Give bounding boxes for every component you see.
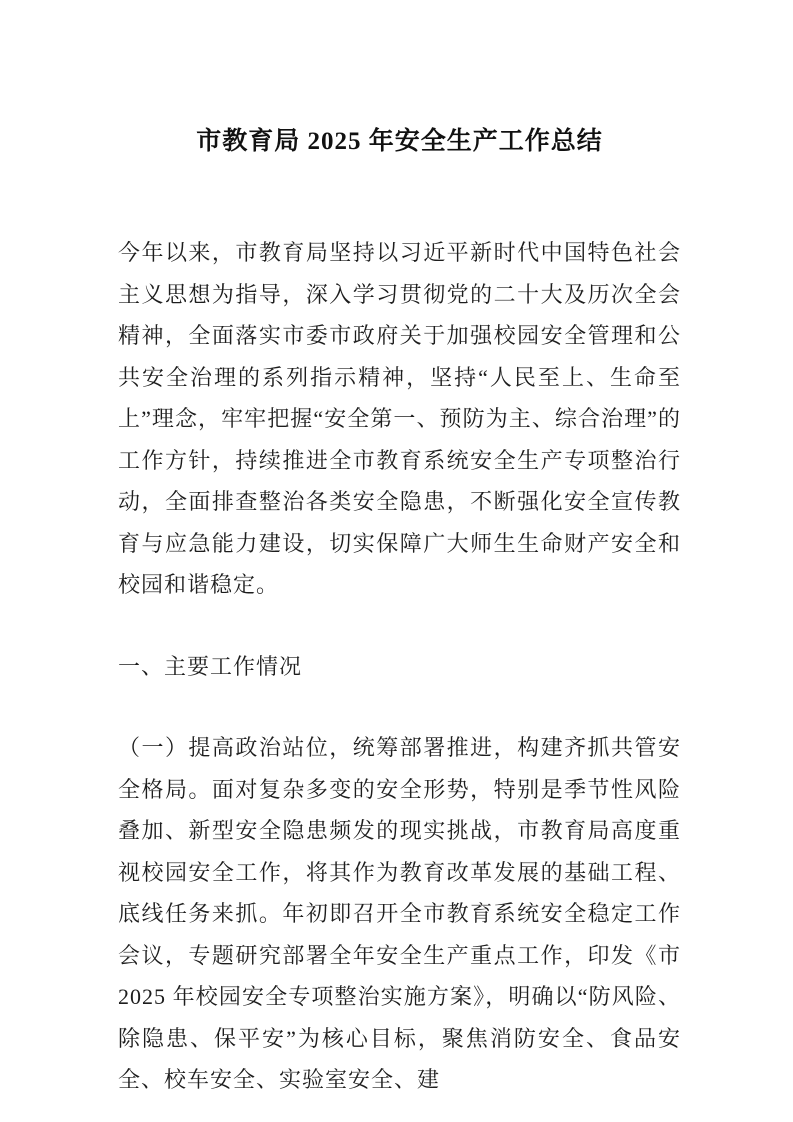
document-title: 市教育局 2025 年安全生产工作总结 xyxy=(118,124,681,160)
paragraph-section-one: （一）提高政治站位，统筹部署推进，构建齐抓共管安全格局。面对复杂多变的安全形势，… xyxy=(118,727,681,1101)
section-heading-main-work: 一、主要工作情况 xyxy=(118,646,681,688)
paragraph-intro: 今年以来，市教育局坚持以习近平新时代中国特色社会主义思想为指导，深入学习贯彻党的… xyxy=(118,232,681,606)
document-page: 市教育局 2025 年安全生产工作总结 今年以来，市教育局坚持以习近平新时代中国… xyxy=(0,0,793,1122)
